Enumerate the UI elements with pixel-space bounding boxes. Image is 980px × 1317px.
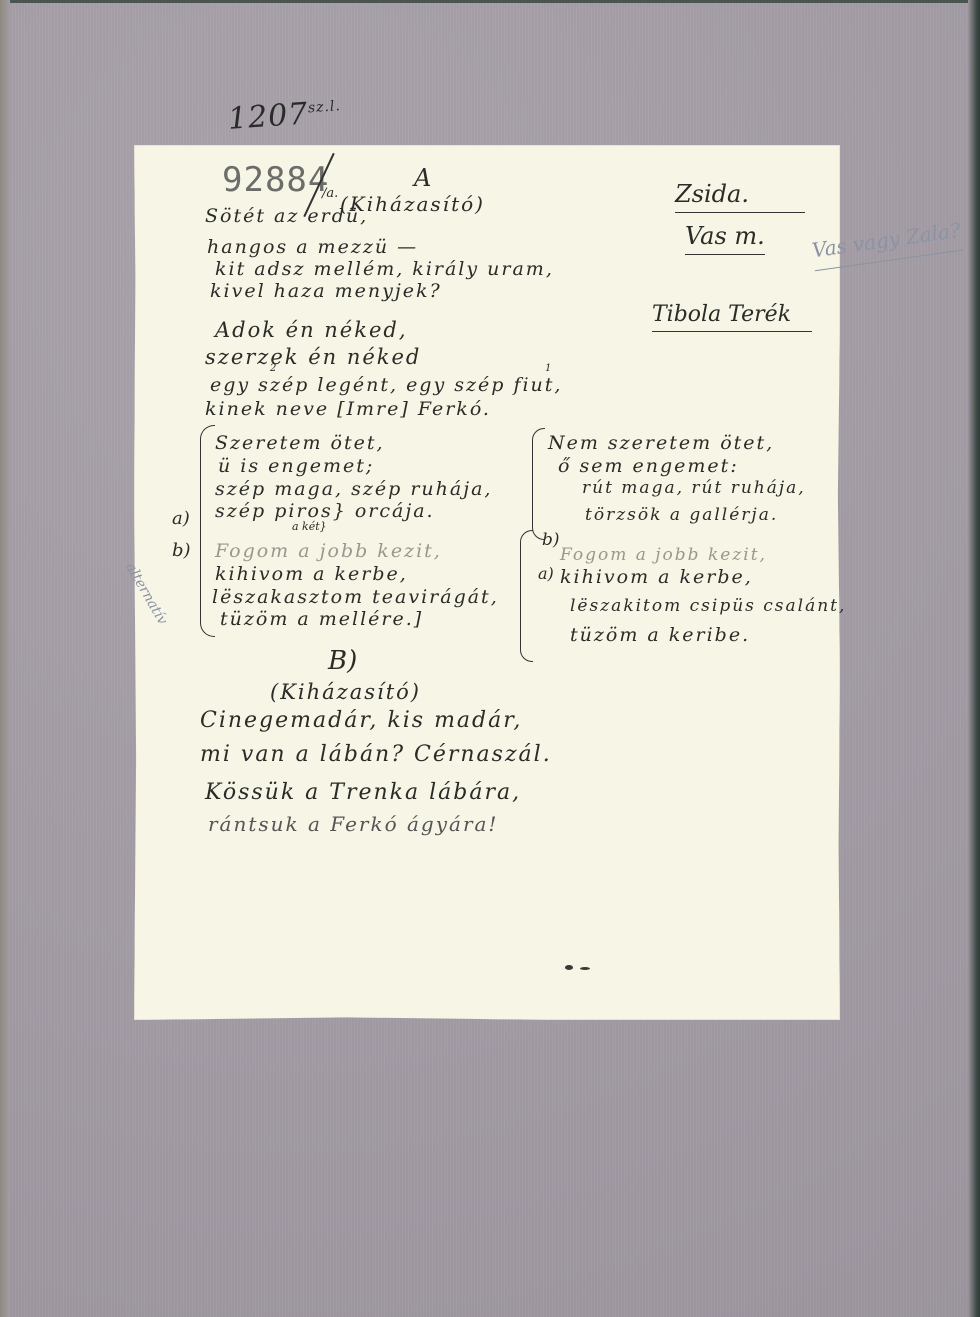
left-verse-line: Szeretem ötet, (215, 432, 385, 454)
alternative-marker-b: b) (172, 540, 191, 561)
left-verse-line: lëszakasztom teavirágát, (212, 586, 499, 608)
right-verse-line: Fogom a jobb kezit, (560, 545, 767, 565)
left-verse-line: ü is engemet; (218, 455, 374, 477)
left-verse-line: Fogom a jobb kezit, (215, 540, 442, 562)
left-verse-line: tüzöm a mellére.] (220, 608, 423, 630)
card-left-edge (0, 0, 10, 1317)
left-verse-line: kihivom a kerbe, (215, 563, 408, 585)
order-mark: 1 (545, 363, 551, 374)
stamp-suffix: /a. (322, 186, 338, 201)
right-verse-line: lëszakitom csipüs csalánt, (570, 596, 846, 616)
verse-line: kivel haza menyjek? (210, 280, 442, 302)
card-right-edge (968, 0, 980, 1317)
right-verse-line: kihivom a kerbe, (560, 566, 753, 588)
verse-line: Adok én néked, (215, 318, 408, 342)
archive-number-suffix: sz.l. (307, 98, 341, 116)
verse-line: kinek neve [Imre] Ferkó. (205, 398, 491, 420)
ink-smudge (580, 967, 590, 970)
left-verse-line: szép piros} orcája. (215, 500, 435, 522)
section-b-label: B) (328, 646, 357, 676)
left-verse-variant: a két} (292, 520, 327, 533)
verse-line: szerzek én néked (205, 345, 421, 369)
section-b-line: Kössük a Trenka lábára, (205, 780, 521, 805)
section-b-line: mi van a lábán? Cérnaszál. (200, 742, 552, 767)
verse-line: kit adsz mellém, király uram, (215, 258, 554, 280)
verse-line: hangos a mezzü — (207, 236, 418, 258)
right-verse-line: tüzöm a keribe. (570, 624, 750, 646)
county-label: Vas m. (685, 222, 765, 255)
verse-line: egy szép legént, egy szép fiut, (210, 374, 562, 396)
archive-number-value: 1207 (227, 96, 310, 137)
right-verse-line: rút maga, rút ruhája, (582, 478, 806, 498)
alternative-marker-a: a) (172, 508, 190, 529)
alternative-marker-a-right: a) (538, 564, 554, 583)
section-a-label: A (414, 164, 431, 192)
card-top-edge (0, 0, 980, 3)
right-column-brace-lower (520, 530, 533, 662)
right-verse-line: törzsök a gallérja. (585, 505, 778, 525)
section-b-title: (Kiházasító) (270, 680, 421, 704)
left-verse-line: szép maga, szép ruhája, (215, 478, 492, 500)
right-column-brace (532, 428, 545, 540)
ink-smudge (565, 965, 573, 970)
right-verse-line: ő sem engemet: (558, 455, 739, 477)
informant-name: Tibola Terék (652, 302, 812, 332)
order-mark: 2 (270, 363, 276, 374)
section-b-line: Cinegemadár, kis madár, (200, 708, 522, 733)
right-verse-line: Nem szeretem ötet, (548, 432, 774, 454)
verse-line: Sötét az erdü, (205, 205, 368, 227)
section-b-line: rántsuk a Ferkó ágyára! (208, 812, 498, 836)
alternative-marker-b-right: b) (542, 530, 560, 550)
nationality-label: Zsida. (675, 180, 805, 213)
